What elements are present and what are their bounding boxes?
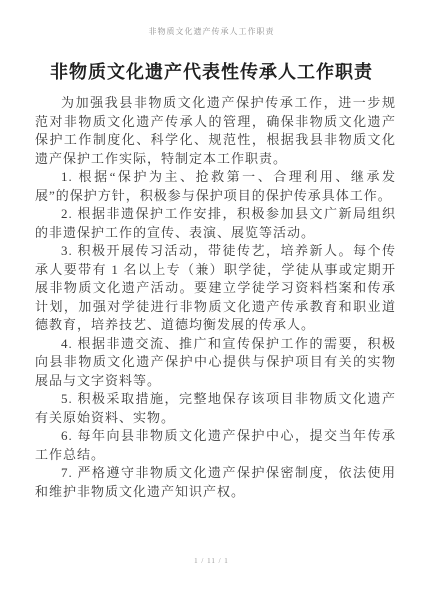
document-title: 非物质文化遗产代表性传承人工作职责 (0, 58, 423, 84)
page-number: 1 / 11 / 1 (0, 557, 423, 565)
paragraph-item-3: 3. 积极开展传习活动，带徒传艺，培养新人。每个传承人要带有 1 名以上专（兼）… (35, 242, 396, 335)
paragraph-item-1: 1. 根据“保护为主、抢救第一、合理利用、继承发展”的保护方针，积极参与保护项目… (35, 168, 396, 205)
paragraph-item-2: 2. 根据非遗保护工作安排，积极参加县文广新局组织的非遗保护工作的宣传、表演、展… (35, 205, 396, 242)
document-page: 非物质文化遗产传承人工作职责 非物质文化遗产代表性传承人工作职责 为加强我县非物… (0, 0, 423, 600)
paragraph-intro: 为加强我县非物质文化遗产保护传承工作，进一步规范对非物质文化遗产传承人的管理，确… (35, 94, 396, 168)
document-body: 为加强我县非物质文化遗产保护传承工作，进一步规范对非物质文化遗产传承人的管理，确… (35, 94, 396, 501)
paragraph-item-6: 6. 每年向县非物质文化遗产保护中心，提交当年传承工作总结。 (35, 427, 396, 464)
paragraph-item-4: 4. 根据非遗交流、推广和宣传保护工作的需要，积极向县非物质文化遗产保护中心提供… (35, 335, 396, 391)
running-header: 非物质文化遗产传承人工作职责 (0, 26, 423, 37)
paragraph-item-7: 7. 严格遵守非物质文化遗产保护保密制度，依法使用和维护非物质文化遗产知识产权。 (35, 464, 396, 501)
paragraph-item-5: 5. 积极采取措施，完整地保存该项目非物质文化遗产有关原始资料、实物。 (35, 390, 396, 427)
